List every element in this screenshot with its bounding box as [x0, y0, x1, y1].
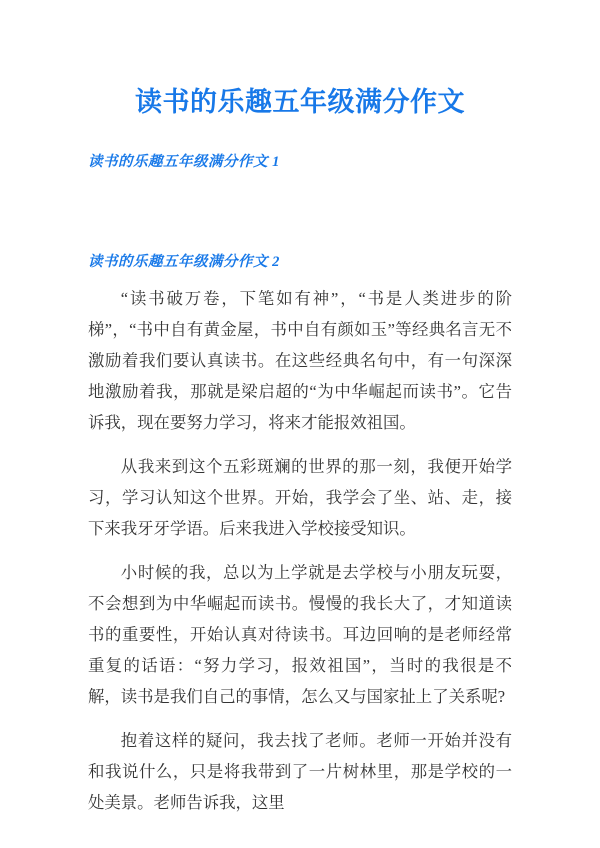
section-2-paragraph-1: “读书破万卷，下笔如有神”，“书是人类进步的阶梯”，“书中自有黄金屋，书中自有颜…	[88, 283, 512, 438]
section-2-paragraph-3: 小时候的我，总以为上学就是去学校与小朋友玩耍，不会想到为中华崛起而读书。慢慢的我…	[88, 557, 512, 712]
section-1-heading: 读书的乐趣五年级满分作文 1	[88, 151, 512, 173]
section-2-paragraph-4: 抱着这样的疑问，我去找了老师。老师一开始并没有和我说什么，只是将我带到了一片树林…	[88, 725, 512, 818]
document-page: 读书的乐趣五年级满分作文 读书的乐趣五年级满分作文 1 读书的乐趣五年级满分作文…	[0, 0, 600, 848]
section-2-heading: 读书的乐趣五年级满分作文 2	[88, 251, 512, 273]
section-2-paragraph-2: 从我来到这个五彩斑斓的世界的那一刻，我便开始学习，学习认知这个世界。开始，我学会…	[88, 451, 512, 544]
document-title: 读书的乐趣五年级满分作文	[88, 85, 512, 119]
